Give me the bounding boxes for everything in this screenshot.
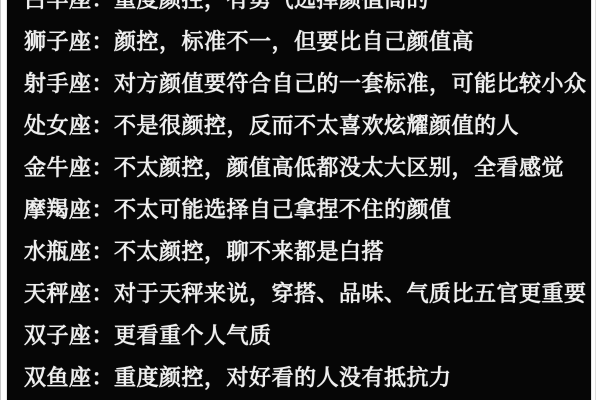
zodiac-sign-name: 处女座 (24, 113, 92, 138)
zodiac-item-text: 处女座：不是很颜控，反而不太喜欢炫耀颜值的人 (24, 109, 519, 140)
zodiac-item-text: 摩羯座：不太可能选择自己拿捏不住的颜值 (24, 193, 452, 224)
zodiac-description: 颜控，标准不一，但要比自己颜值高 (114, 29, 474, 54)
zodiac-list-item: 摩羯座：不太可能选择自己拿捏不住的颜值 (7, 187, 591, 229)
zodiac-sign-name: 金牛座 (24, 155, 92, 180)
zodiac-description: 不太颜控，聊不来都是白搭 (114, 239, 384, 264)
zodiac-list: 白羊座：重度颜控，有勇气选择颜值高的 狮子座：颜控，标准不一，但要比自己颜值高 … (7, 0, 591, 397)
zodiac-list-item: 金牛座：不太颜控，颜值高低都没太大区别，全看感觉 (7, 145, 591, 187)
zodiac-separator: ： (92, 71, 115, 96)
zodiac-description: 更看重个人气质 (114, 323, 272, 348)
zodiac-sign-name: 水瓶座 (24, 239, 92, 264)
zodiac-sign-name: 双鱼座 (24, 365, 92, 390)
zodiac-item-text: 双鱼座：重度颜控，对好看的人没有抵抗力 (24, 361, 452, 392)
zodiac-description: 不是很颜控，反而不太喜欢炫耀颜值的人 (114, 113, 519, 138)
zodiac-item-text: 水瓶座：不太颜控，聊不来都是白搭 (24, 235, 384, 266)
zodiac-separator: ： (92, 29, 115, 54)
zodiac-description: 不太可能选择自己拿捏不住的颜值 (114, 197, 452, 222)
zodiac-sign-name: 天秤座 (24, 281, 92, 306)
zodiac-separator: ： (92, 323, 115, 348)
zodiac-separator: ： (92, 365, 115, 390)
zodiac-separator: ： (92, 239, 115, 264)
zodiac-list-item: 白羊座：重度颜控，有勇气选择颜值高的 (7, 0, 591, 19)
zodiac-item-text: 金牛座：不太颜控，颜值高低都没太大区别，全看感觉 (24, 151, 564, 182)
zodiac-list-item: 天秤座：对于天秤来说，穿搭、品味、气质比五官更重要 (7, 271, 591, 313)
zodiac-separator: ： (92, 0, 115, 12)
zodiac-item-text: 狮子座：颜控，标准不一，但要比自己颜值高 (24, 25, 474, 56)
page-right-margin (591, 0, 600, 400)
zodiac-separator: ： (92, 155, 115, 180)
zodiac-sign-name: 狮子座 (24, 29, 92, 54)
zodiac-separator: ： (92, 113, 115, 138)
zodiac-list-item: 水瓶座：不太颜控，聊不来都是白搭 (7, 229, 591, 271)
zodiac-item-text: 天秤座：对于天秤来说，穿搭、品味、气质比五官更重要 (24, 277, 587, 308)
zodiac-text-card: 白羊座：重度颜控，有勇气选择颜值高的 狮子座：颜控，标准不一，但要比自己颜值高 … (7, 0, 591, 400)
zodiac-sign-name: 射手座 (24, 71, 92, 96)
page-left-margin (0, 0, 7, 400)
zodiac-description: 重度颜控，有勇气选择颜值高的 (114, 0, 429, 12)
zodiac-description: 重度颜控，对好看的人没有抵抗力 (114, 365, 452, 390)
zodiac-sign-name: 白羊座 (24, 0, 92, 12)
zodiac-item-text: 射手座：对方颜值要符合自己的一套标准，可能比较小众 (24, 67, 587, 98)
zodiac-sign-name: 摩羯座 (24, 197, 92, 222)
zodiac-list-item: 双鱼座：重度颜控，对好看的人没有抵抗力 (7, 355, 591, 397)
zodiac-sign-name: 双子座 (24, 323, 92, 348)
zodiac-separator: ： (92, 197, 115, 222)
zodiac-list-item: 双子座：更看重个人气质 (7, 313, 591, 355)
zodiac-item-text: 双子座：更看重个人气质 (24, 319, 272, 350)
zodiac-item-text: 白羊座：重度颜控，有勇气选择颜值高的 (24, 0, 429, 14)
zodiac-list-item: 狮子座：颜控，标准不一，但要比自己颜值高 (7, 19, 591, 61)
zodiac-list-item: 射手座：对方颜值要符合自己的一套标准，可能比较小众 (7, 61, 591, 103)
zodiac-description: 对于天秤来说，穿搭、品味、气质比五官更重要 (114, 281, 587, 306)
zodiac-separator: ： (92, 281, 115, 306)
zodiac-description: 不太颜控，颜值高低都没太大区别，全看感觉 (114, 155, 564, 180)
zodiac-description: 对方颜值要符合自己的一套标准，可能比较小众 (114, 71, 587, 96)
zodiac-list-item: 处女座：不是很颜控，反而不太喜欢炫耀颜值的人 (7, 103, 591, 145)
